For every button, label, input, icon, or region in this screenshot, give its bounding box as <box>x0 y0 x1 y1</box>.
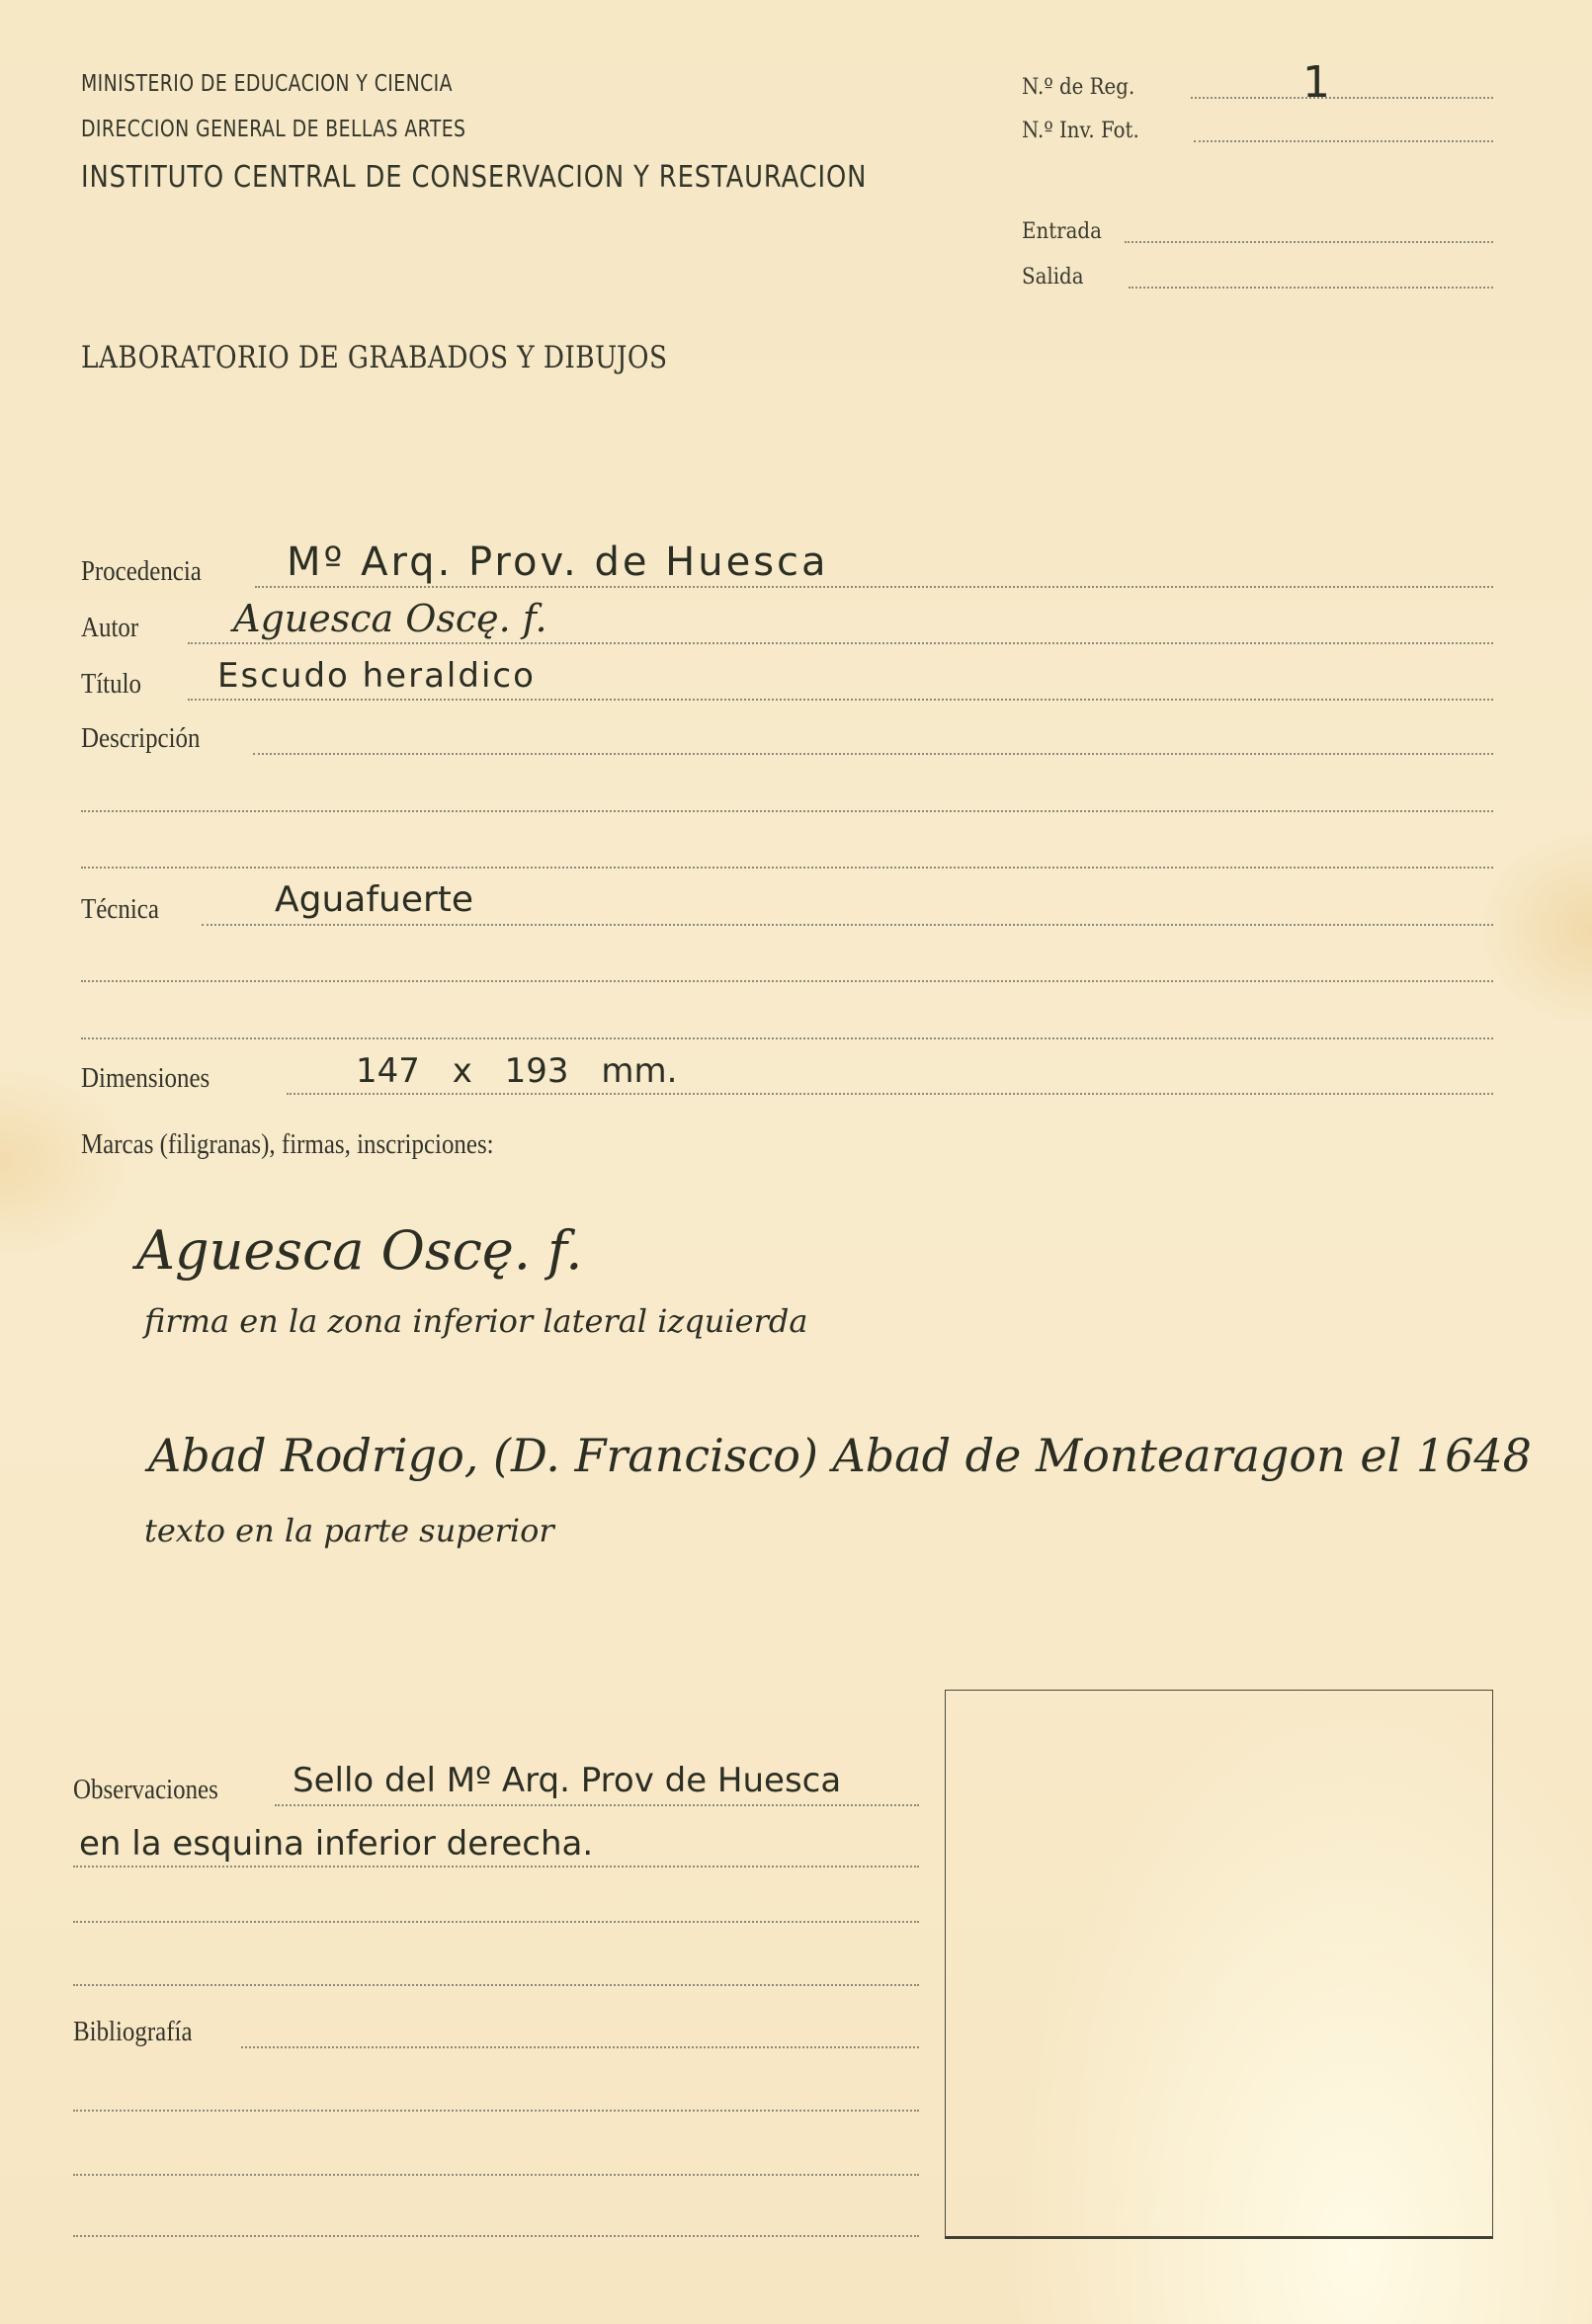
ministry-name: MINISTERIO DE EDUCACION Y CIENCIA <box>81 71 453 97</box>
tecnica-line-2[interactable] <box>81 980 1493 982</box>
bibliografia-line-3[interactable] <box>73 2174 919 2176</box>
titulo-label: Título <box>81 668 141 701</box>
tecnica-line-1[interactable] <box>202 924 1493 926</box>
observaciones-line-2[interactable] <box>73 1866 919 1867</box>
observaciones-value-2[interactable]: en la esquina inferior derecha. <box>79 1824 593 1864</box>
marca-2-text[interactable]: Abad Rodrigo, (D. Francisco) Abad de Mon… <box>148 1429 1532 1482</box>
reg-number-line[interactable] <box>1191 97 1493 99</box>
salida-label: Salida <box>1022 265 1084 290</box>
observaciones-label: Observaciones <box>73 1774 218 1806</box>
photo-box <box>945 1690 1493 2239</box>
dimensiones-line[interactable] <box>287 1093 1493 1095</box>
institute-name: INSTITUTO CENTRAL DE CONSERVACION Y REST… <box>81 160 867 195</box>
autor-line[interactable] <box>188 642 1493 644</box>
observaciones-value-1[interactable]: Sello del Mº Arq. Prov de Huesca <box>293 1761 841 1800</box>
directorate-name: DIRECCION GENERAL DE BELLAS ARTES <box>81 117 465 142</box>
marca-1-text[interactable]: Aguesca Oscę. f. <box>136 1219 582 1282</box>
laboratory-title: LABORATORIO DE GRABADOS Y DIBUJOS <box>81 340 667 375</box>
bibliografia-line-1[interactable] <box>241 2046 919 2048</box>
autor-value[interactable]: Aguesca Oscę. f. <box>233 597 547 640</box>
bibliografia-line-4[interactable] <box>73 2235 919 2237</box>
procedencia-line[interactable] <box>255 586 1493 588</box>
titulo-value[interactable]: Escudo heraldico <box>217 656 536 696</box>
titulo-line[interactable] <box>188 699 1493 701</box>
entrada-label: Entrada <box>1022 219 1102 244</box>
inv-fot-line[interactable] <box>1194 140 1493 142</box>
descripcion-label: Descripción <box>81 722 201 755</box>
entrada-line[interactable] <box>1125 241 1493 243</box>
descripcion-line-2[interactable] <box>81 810 1493 812</box>
salida-line[interactable] <box>1129 287 1493 289</box>
tecnica-value[interactable]: Aguafuerte <box>275 879 473 920</box>
procedencia-label: Procedencia <box>81 555 202 588</box>
dimensiones-label: Dimensiones <box>81 1062 209 1095</box>
observaciones-line-4[interactable] <box>73 1984 919 1986</box>
marca-1-note[interactable]: firma en la zona inferior lateral izquie… <box>144 1302 807 1340</box>
descripcion-line-3[interactable] <box>81 867 1493 869</box>
descripcion-line-1[interactable] <box>253 753 1493 755</box>
bibliografia-label: Bibliografía <box>73 2016 193 2048</box>
reg-number-value[interactable]: 1 <box>1302 57 1330 108</box>
inv-fot-label: N.º Inv. Fot. <box>1022 119 1139 143</box>
observaciones-line-1[interactable] <box>275 1804 919 1806</box>
observaciones-line-3[interactable] <box>73 1921 919 1923</box>
reg-number-label: N.º de Reg. <box>1022 75 1134 100</box>
autor-label: Autor <box>81 612 138 644</box>
procedencia-value[interactable]: Mº Arq. Prov. de Huesca <box>287 539 829 585</box>
marca-2-note[interactable]: texto en la parte superior <box>144 1512 554 1549</box>
tecnica-line-3[interactable] <box>81 1037 1493 1039</box>
tecnica-label: Técnica <box>81 893 159 926</box>
bibliografia-line-2[interactable] <box>73 2110 919 2112</box>
dimensiones-value[interactable]: 147 x 193 mm. <box>356 1051 677 1091</box>
marcas-label: Marcas (filigranas), firmas, inscripcion… <box>81 1128 494 1161</box>
